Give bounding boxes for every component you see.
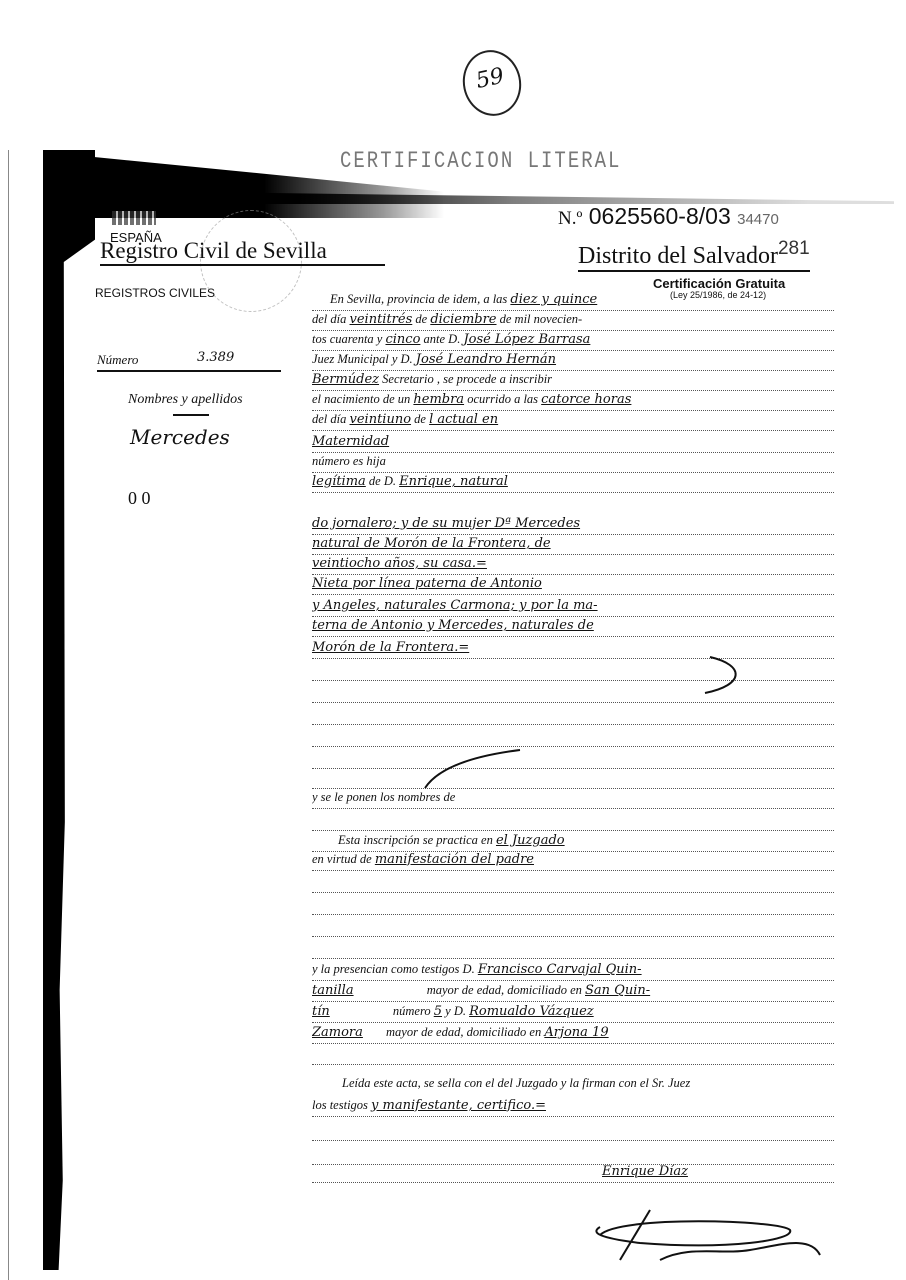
blank-line — [312, 750, 834, 769]
inscription-line-2: en virtud de manifestación del padre — [312, 852, 834, 871]
certification-label: Certificación Gratuita — [653, 276, 785, 291]
blank-line — [312, 728, 834, 747]
closing-line-2: los testigos y manifestante, certifico.= — [312, 1098, 834, 1117]
district-name: Distrito del Salvador — [578, 243, 778, 269]
record-line: Bermúdez Secretario , se procede a inscr… — [312, 372, 834, 391]
handwritten-text: tanilla — [312, 983, 354, 998]
handwritten-text: Nieta por línea paterna de Antonio — [312, 576, 542, 591]
scan-shadow-left — [43, 150, 95, 1270]
handwritten-text: San Quin- — [585, 983, 650, 998]
record-line: legítima de D. Enrique, natural — [312, 474, 834, 493]
serial-label: N.º — [558, 208, 582, 229]
blank-line — [312, 1046, 834, 1065]
handwritten-text: Morón de la Frontera.= — [312, 640, 469, 655]
printed-text: mayor de edad, domiciliado en — [363, 1025, 544, 1039]
handwritten-text: José Leandro Hernán — [416, 352, 556, 367]
record-line: tos cuarenta y cinco ante D. José López … — [312, 332, 834, 351]
handwritten-text: Maternidad — [312, 434, 389, 449]
record-line: número es hija — [312, 454, 834, 473]
blank-line — [312, 1122, 834, 1141]
record-line: En Sevilla, provincia de idem, a las die… — [312, 292, 834, 311]
margin-number-value: 3.389 — [197, 350, 234, 365]
record-line: do jornalero; y de su mujer Dª Mercedes — [312, 516, 834, 535]
handwritten-text: Francisco Carvajal Quin- — [478, 962, 642, 977]
printed-text: Juez Municipal — [312, 352, 392, 366]
handwritten-text: Enrique, natural — [399, 474, 508, 489]
handwritten-text: Bermúdez — [312, 372, 379, 387]
blank-line — [312, 918, 834, 937]
witness-line-3: tín número 5 y D. Romualdo Vázquez — [312, 1004, 834, 1023]
printed-text: de — [412, 312, 430, 326]
printed-text: el nacimiento de un — [312, 392, 413, 406]
handwritten-text: diciembre — [430, 312, 496, 327]
handwritten-text: tín — [312, 1004, 330, 1019]
section-label: REGISTROS CIVILES — [95, 286, 215, 300]
handwritten-text: veintitrés — [350, 312, 413, 327]
handwritten-text: veintiocho años, su casa.= — [312, 556, 487, 571]
handwritten-text: natural de Morón de la Frontera, de — [312, 536, 551, 551]
printed-text: mayor de edad, domiciliado en — [354, 983, 585, 997]
record-line: del día veintitrés de diciembre de mil n… — [312, 312, 834, 331]
district-title: Distrito del Salvador281 — [578, 238, 810, 272]
margin-names-heading: Nombres y apellidos — [128, 392, 243, 408]
printed-text: ocurrido a las — [464, 392, 541, 406]
printed-text: Leída este acta, se sella con el del Juz… — [342, 1076, 690, 1090]
margin-number: Número 3.389 — [97, 352, 281, 372]
margin-name-value: Mercedes — [130, 425, 230, 449]
record-line: natural de Morón de la Frontera, de — [312, 536, 834, 555]
pen-stroke-icon — [420, 740, 540, 790]
handwritten-text: legítima — [312, 474, 366, 489]
printed-text: En Sevilla, provincia de idem, a las — [330, 292, 510, 306]
record-line: terna de Antonio y Mercedes, naturales d… — [312, 618, 834, 637]
blank-line — [312, 896, 834, 915]
handwritten-text: 5 — [434, 1004, 442, 1019]
printed-text: , se procede a inscribir — [437, 372, 552, 386]
witness-line-1: y la presencian como testigos D. Francis… — [312, 962, 834, 981]
blank-line — [312, 874, 834, 893]
handwritten-text: Arjona 19 — [544, 1025, 608, 1040]
record-line: el nacimiento de un hembra ocurrido a la… — [312, 392, 834, 411]
handwritten-text: manifestación del padre — [375, 852, 534, 867]
coat-of-arms-icon — [112, 211, 156, 225]
printed-text: y D. — [442, 1004, 469, 1018]
district-number: 281 — [778, 238, 810, 259]
printed-text: ante D. — [420, 332, 463, 346]
printed-text: número — [312, 454, 350, 468]
record-line: veintiocho años, su casa.= — [312, 556, 834, 575]
record-line: del día veintiuno de l actual en — [312, 412, 834, 431]
witness-signature-line: Enrique Díaz — [312, 1164, 834, 1183]
handwritten-text: terna de Antonio y Mercedes, naturales d… — [312, 618, 594, 633]
handwritten-text: el Juzgado — [496, 833, 565, 848]
watermark: CERTIFICACION LITERAL — [340, 148, 621, 174]
printed-text: número — [330, 1004, 434, 1018]
printed-text: y la presencian como testigos D. — [312, 962, 478, 976]
printed-text: de — [411, 412, 429, 426]
printed-text: de D. — [366, 474, 399, 488]
printed-text: del día — [312, 412, 350, 426]
record-line: Maternidad — [312, 434, 834, 453]
closing-line-1: Leída este acta, se sella con el del Juz… — [312, 1076, 834, 1094]
printed-text: Esta inscripción se practica en — [338, 833, 496, 847]
blank-line — [312, 1146, 834, 1165]
handwritten-text: José López Barrasa — [463, 332, 590, 347]
printed-text: es hija — [350, 454, 386, 468]
printed-text: y D. — [392, 352, 416, 366]
names-line: y se le ponen los nombres de — [312, 790, 834, 809]
handwritten-text: veintiuno — [350, 412, 412, 427]
scan-shadow-top-strip — [44, 190, 894, 204]
printed-text: tos cuarenta y — [312, 332, 385, 346]
witness-line-4: Zamora mayor de edad, domiciliado en Arj… — [312, 1025, 834, 1044]
handwritten-text: catorce horas — [541, 392, 631, 407]
serial-number: N.º 0625560-8/03 34470 — [558, 203, 779, 230]
printed-text: del día — [312, 312, 350, 326]
inscription-line-1: Esta inscripción se practica en el Juzga… — [312, 833, 834, 852]
serial-overprint: 34470 — [737, 211, 779, 228]
handwritten-text: diez y quince — [510, 292, 597, 307]
folio-number: 59 — [474, 64, 507, 94]
scan-edge-line — [8, 150, 9, 1280]
margin-marks: 0 0 — [128, 488, 151, 509]
handwritten-text: l actual en — [429, 412, 498, 427]
witness-signature: Enrique Díaz — [602, 1164, 688, 1179]
blank-line — [312, 812, 834, 831]
handwritten-text: Romualdo Vázquez — [469, 1004, 594, 1019]
record-line: Nieta por línea paterna de Antonio — [312, 576, 834, 595]
printed-text: los testigos — [312, 1098, 371, 1112]
handwritten-text: cinco — [385, 332, 420, 347]
judge-signature-icon — [580, 1205, 830, 1265]
witness-line-2: tanilla mayor de edad, domiciliado en Sa… — [312, 983, 834, 1002]
handwritten-text: Zamora — [312, 1025, 363, 1040]
serial-value: 0625560-8/03 — [589, 203, 731, 229]
folio-stamp: 59 — [457, 45, 527, 122]
handwritten-text: y Angeles, naturales Carmona; y por la m… — [312, 598, 598, 613]
record-line: y Angeles, naturales Carmona; y por la m… — [312, 598, 834, 617]
blank-line — [312, 940, 834, 959]
printed-text: Secretario — [379, 372, 437, 386]
printed-text: en virtud de — [312, 852, 375, 866]
printed-text: y se le ponen los nombres de — [312, 790, 455, 804]
handwritten-text: y manifestante, certifico.= — [371, 1098, 546, 1113]
record-line: Juez Municipal y D. José Leandro Hernán — [312, 352, 834, 371]
blank-line — [312, 706, 834, 725]
blank-line — [312, 770, 834, 789]
margin-rule — [173, 414, 209, 416]
pen-stroke-icon — [700, 655, 760, 695]
handwritten-text: hembra — [413, 392, 464, 407]
printed-text: de mil novecien- — [497, 312, 583, 326]
margin-number-label: Número — [97, 352, 138, 367]
handwritten-text: do jornalero; y de su mujer Dª Mercedes — [312, 516, 580, 531]
